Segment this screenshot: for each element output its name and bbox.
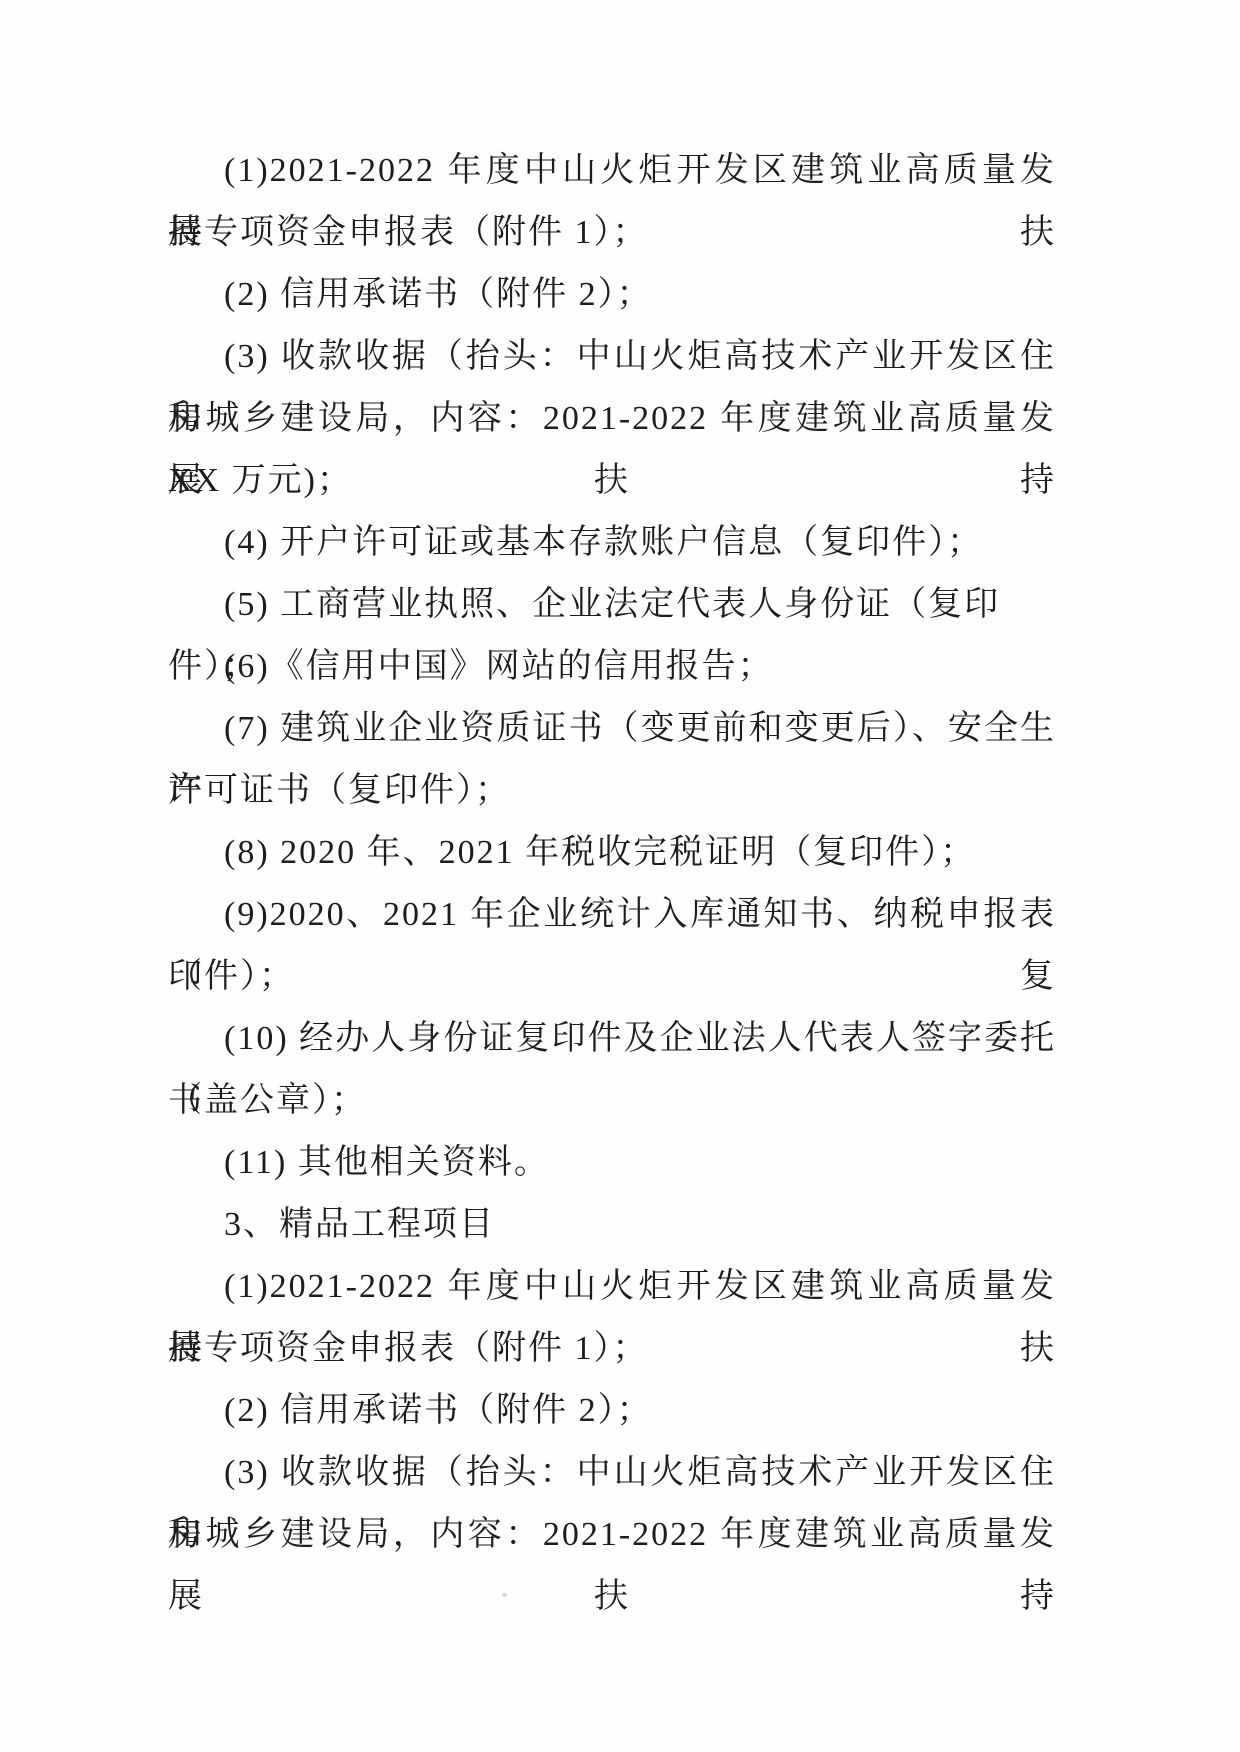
document-line: (2) 信用承诺书（附件 2）； <box>168 1380 1056 1442</box>
document-line: （盖公章）； <box>168 1070 1056 1132</box>
document-line: (3) 收款收据（抬头：中山火炬高技术产业开发区住房 <box>168 1442 1056 1504</box>
document-page: (1)2021-2022 年度中山火炬开发区建筑业高质量发展扶持专项资金申报表（… <box>0 0 1240 1752</box>
document-line: (7) 建筑业企业资质证书（变更前和变更后）、安全生产 <box>168 698 1056 760</box>
document-line: 和城乡建设局，内容：2021-2022 年度建筑业高质量发展扶持 <box>168 388 1056 450</box>
document-line: 和城乡建设局，内容：2021-2022 年度建筑业高质量发展扶持 <box>168 1504 1056 1566</box>
document-line: 3、精品工程项目 <box>168 1194 1056 1256</box>
scan-artifact <box>502 1593 507 1597</box>
document-line: (3) 收款收据（抬头：中山火炬高技术产业开发区住房 <box>168 326 1056 388</box>
document-body: (1)2021-2022 年度中山火炬开发区建筑业高质量发展扶持专项资金申报表（… <box>168 140 1056 1566</box>
document-line: (2) 信用承诺书（附件 2）； <box>168 264 1056 326</box>
document-line: (4) 开户许可证或基本存款账户信息（复印件）； <box>168 512 1056 574</box>
document-line: (1)2021-2022 年度中山火炬开发区建筑业高质量发展扶 <box>168 140 1056 202</box>
document-line: 许可证书（复印件）； <box>168 760 1056 822</box>
document-line: (10) 经办人身份证复印件及企业法人代表人签字委托书 <box>168 1008 1056 1070</box>
document-line: (9)2020、2021 年企业统计入库通知书、纳税申报表（复 <box>168 884 1056 946</box>
document-line: (1)2021-2022 年度中山火炬开发区建筑业高质量发展扶 <box>168 1256 1056 1318</box>
document-line: (8) 2020 年、2021 年税收完税证明（复印件）； <box>168 822 1056 884</box>
document-line: (6)《信用中国》网站的信用报告； <box>168 636 1056 698</box>
document-line: (5) 工商营业执照、企业法定代表人身份证（复印件）； <box>168 574 1056 636</box>
document-line: (11) 其他相关资料。 <box>168 1132 1056 1194</box>
